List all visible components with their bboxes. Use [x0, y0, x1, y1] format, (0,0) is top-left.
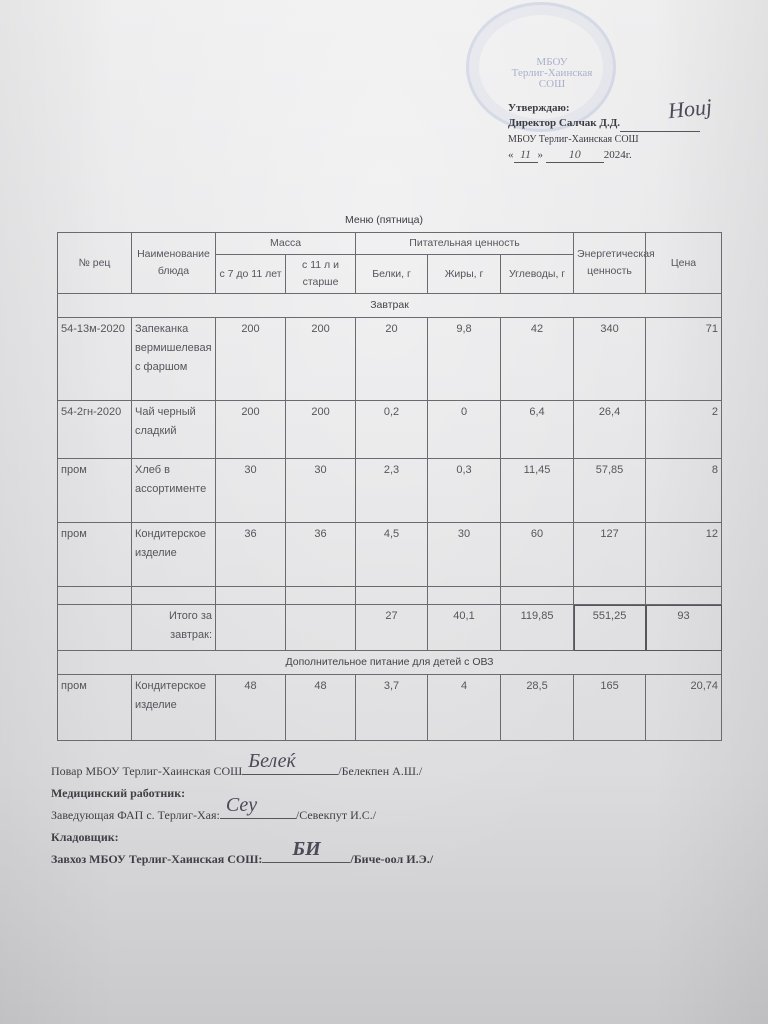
school-name: МБОУ Терлиг-Хаинская СОШ — [508, 132, 700, 147]
cell-price: 71 — [646, 318, 722, 401]
total-fats: 40,1 — [428, 605, 501, 651]
date-year: 2024г. — [604, 149, 632, 161]
empty-cell — [646, 587, 722, 605]
header-mass-7-11: с 7 до 11 лет — [216, 255, 286, 294]
cell-proteins: 0,2 — [356, 401, 428, 459]
cell-price: 12 — [646, 523, 722, 587]
cell-mass-7-11: 36 — [216, 523, 286, 587]
cell-fats: 0,3 — [428, 459, 501, 523]
cook-label: Повар МБОУ Терлиг-Хаинская СОШ — [51, 764, 242, 778]
cell-dish-name: Кондитерское изделие — [132, 675, 216, 741]
cook-signature-line: Белеќ — [242, 762, 338, 775]
table-row: пром Кондитерское изделие 48 48 3,7 4 28… — [58, 675, 722, 741]
cell-dish-name: Хлеб в ассортименте — [132, 459, 216, 523]
total-price: 93 — [646, 605, 722, 651]
cell-fats: 0 — [428, 401, 501, 459]
table-row: 54-2гн-2020 Чай черный сладкий 200 200 0… — [58, 401, 722, 459]
medical-signature-line: Сеу — [220, 806, 296, 819]
table-row: 54-13м-2020 Запеканка вермишелевая с фар… — [58, 318, 722, 401]
date-month: 10 — [546, 147, 604, 163]
cell-dish-name: Запеканка вермишелевая с фаршом — [132, 318, 216, 401]
cell-price: 2 — [646, 401, 722, 459]
empty-cell — [58, 605, 132, 651]
cell-mass-11-plus: 48 — [286, 675, 356, 741]
stamp-line: СОШ — [502, 79, 602, 90]
cell-recipe: 54-2гн-2020 — [58, 401, 132, 459]
cell-mass-11-plus: 200 — [286, 318, 356, 401]
supply-line: Завхоз МБОУ Терлиг-Хаинская СОШ:БИ/Биче-… — [51, 848, 433, 870]
cell-carbs: 28,5 — [501, 675, 574, 741]
cell-price: 20,74 — [646, 675, 722, 741]
cell-recipe: пром — [58, 523, 132, 587]
cell-energy: 57,85 — [574, 459, 646, 523]
header-row: № рец Наименование блюда Масса Питательн… — [58, 233, 722, 255]
cell-proteins: 2,3 — [356, 459, 428, 523]
cell-mass-7-11: 48 — [216, 675, 286, 741]
total-proteins: 27 — [356, 605, 428, 651]
header-nutrition: Питательная ценность — [356, 233, 574, 255]
section-extra: Дополнительное питание для детей с ОВЗ — [58, 651, 722, 675]
cook-line: Повар МБОУ Терлиг-Хаинская СОШБелеќ/Беле… — [51, 760, 433, 782]
breakfast-total-row: Итого за завтрак: 27 40,1 119,85 551,25 … — [58, 605, 722, 651]
approval-date: «11» 102024г. — [508, 147, 700, 163]
empty-cell — [574, 587, 646, 605]
director-signature: Ноиј — [667, 94, 713, 124]
storekeeper-heading: Кладовщик: — [51, 826, 433, 848]
empty-cell — [216, 605, 286, 651]
empty-cell — [216, 587, 286, 605]
section-extra-label: Дополнительное питание для детей с ОВЗ — [58, 651, 722, 675]
empty-cell — [428, 587, 501, 605]
empty-cell — [132, 587, 216, 605]
header-energy: Энергетическая ценность — [574, 233, 646, 294]
director-name: Директор Салчак Д.Д. — [508, 117, 620, 129]
medical-label: Заведующая ФАП с. Терлиг-Хая: — [51, 808, 220, 822]
cell-carbs: 60 — [501, 523, 574, 587]
supply-name: /Биче-оол И.Э./ — [350, 852, 433, 866]
header-recipe-no: № рец — [58, 233, 132, 294]
supply-signature: БИ — [292, 838, 320, 860]
cell-dish-name: Чай черный сладкий — [132, 401, 216, 459]
cell-mass-11-plus: 30 — [286, 459, 356, 523]
header-price: Цена — [646, 233, 722, 294]
cell-fats: 9,8 — [428, 318, 501, 401]
section-breakfast-label: Завтрак — [58, 294, 722, 318]
cell-mass-7-11: 200 — [216, 401, 286, 459]
cook-name: /Белекпен А.Ш./ — [338, 764, 422, 778]
medical-signature: Сеу — [226, 794, 257, 816]
header-mass-11-plus: с 11 л и старше — [286, 255, 356, 294]
table-row: пром Хлеб в ассортименте 30 30 2,3 0,3 1… — [58, 459, 722, 523]
cell-energy: 165 — [574, 675, 646, 741]
cell-mass-11-plus: 200 — [286, 401, 356, 459]
date-day: 11 — [514, 147, 538, 163]
cell-recipe: 54-13м-2020 — [58, 318, 132, 401]
menu-table: № рец Наименование блюда Масса Питательн… — [57, 232, 722, 741]
empty-cell — [286, 605, 356, 651]
empty-cell — [501, 587, 574, 605]
signature-block: Повар МБОУ Терлиг-Хаинская СОШБелеќ/Беле… — [51, 760, 433, 870]
header-carbs: Углеводы, г — [501, 255, 574, 294]
cell-energy: 340 — [574, 318, 646, 401]
total-carbs: 119,85 — [501, 605, 574, 651]
cell-fats: 30 — [428, 523, 501, 587]
cell-mass-7-11: 200 — [216, 318, 286, 401]
cell-proteins: 3,7 — [356, 675, 428, 741]
section-breakfast: Завтрак — [58, 294, 722, 318]
cell-recipe: пром — [58, 675, 132, 741]
total-label: Итого за завтрак: — [132, 605, 216, 651]
cell-mass-11-plus: 36 — [286, 523, 356, 587]
cell-dish-name: Кондитерское изделие — [132, 523, 216, 587]
cell-fats: 4 — [428, 675, 501, 741]
header-dish-name: Наименование блюда — [132, 233, 216, 294]
cook-signature: Белеќ — [248, 750, 296, 772]
cell-carbs: 42 — [501, 318, 574, 401]
medical-line: Заведующая ФАП с. Терлиг-Хая:Сеу/Севекпу… — [51, 804, 433, 826]
header-proteins: Белки, г — [356, 255, 428, 294]
cell-proteins: 4,5 — [356, 523, 428, 587]
empty-cell — [356, 587, 428, 605]
header-fats: Жиры, г — [428, 255, 501, 294]
cell-proteins: 20 — [356, 318, 428, 401]
cell-recipe: пром — [58, 459, 132, 523]
cell-energy: 127 — [574, 523, 646, 587]
cell-price: 8 — [646, 459, 722, 523]
menu-title: Меню (пятница) — [0, 214, 768, 226]
cell-mass-7-11: 30 — [216, 459, 286, 523]
stamp-text: МБОУ Терлиг-Хаинская СОШ — [502, 57, 602, 90]
cell-carbs: 6,4 — [501, 401, 574, 459]
cell-energy: 26,4 — [574, 401, 646, 459]
empty-cell — [58, 587, 132, 605]
medical-name: /Севекпут И.С./ — [296, 808, 376, 822]
empty-row — [58, 587, 722, 605]
header-mass: Масса — [216, 233, 356, 255]
total-energy: 551,25 — [574, 605, 646, 651]
supply-signature-line: БИ — [262, 850, 350, 863]
cell-carbs: 11,45 — [501, 459, 574, 523]
supply-label: Завхоз МБОУ Терлиг-Хаинская СОШ: — [51, 852, 262, 866]
table-row: пром Кондитерское изделие 36 36 4,5 30 6… — [58, 523, 722, 587]
empty-cell — [286, 587, 356, 605]
